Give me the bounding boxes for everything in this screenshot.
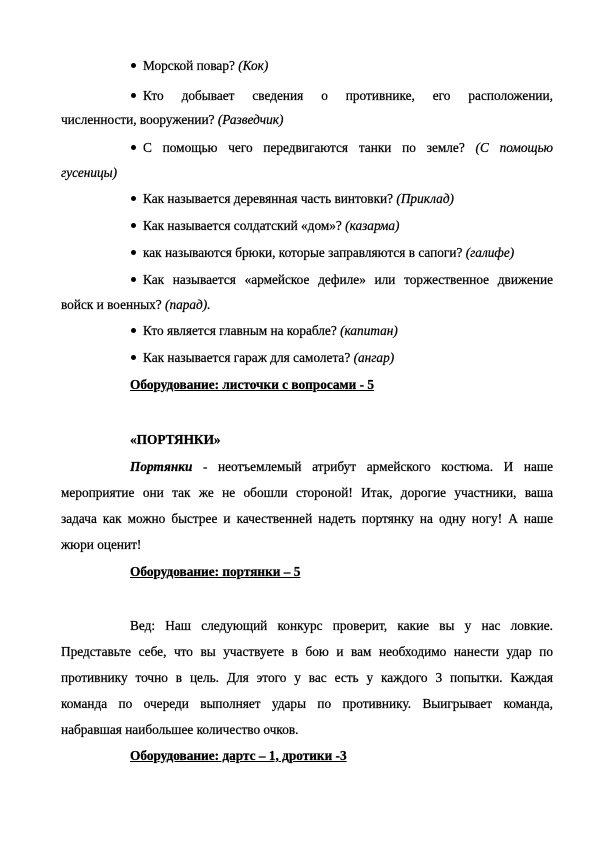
paragraph-line: команда по очереди выполняет удары по пр… [61, 696, 553, 712]
paragraph-line: Представьте себе, что вы участвуете в бо… [61, 644, 553, 660]
answer-text: (С помощью [476, 140, 553, 155]
question-text: Как называется солдатский «дом»? [143, 218, 342, 233]
answer-text: (Разведчик) [218, 112, 284, 127]
lead-word: Портянки [130, 459, 192, 474]
question-text: Кто является главным на корабле? [143, 323, 337, 338]
paragraph-line: набравшая наибольшее количество очков. [61, 722, 553, 738]
question-item: Морской повар? (Кок) [131, 58, 553, 74]
question-text: С помощью чего передвигаются танки по зе… [143, 140, 465, 155]
question-text: численности, вооружении? [61, 112, 215, 127]
answer-text: гусеницы) [61, 165, 117, 180]
question-text: Морской повар? [143, 58, 235, 73]
paragraph-line: жюри оценит! [61, 537, 553, 553]
equipment-line: Оборудование: дартс – 1, дротики -3 [130, 748, 347, 764]
question-text: как называются брюки, которые заправляют… [143, 245, 462, 260]
question-item: как называются брюки, которые заправляют… [131, 245, 553, 261]
bullet-icon [131, 145, 136, 150]
question-continuation: гусеницы) [61, 165, 553, 181]
question-continuation: численности, вооружении? (Разведчик) [61, 112, 553, 128]
question-item: Как называется гараж для самолета? (анга… [131, 350, 553, 366]
question-text: Кто добывает сведения о противнике, его … [143, 88, 553, 103]
question-item: Как называется солдатский «дом»? (казарм… [131, 218, 553, 234]
paragraph-line: задача как можно быстрее и качественней … [61, 511, 553, 527]
paragraph-line: противнику точно в цель. Для этого у вас… [61, 670, 553, 686]
question-text: войск и военных? [61, 297, 162, 312]
answer-text: (капитан) [340, 323, 398, 338]
answer-text: (ангар) [354, 350, 395, 365]
equipment-line: Оборудование: портянки – 5 [130, 564, 300, 580]
question-text: Как называется гараж для самолета? [143, 350, 350, 365]
bullet-icon [131, 250, 136, 255]
bullet-icon [131, 93, 136, 98]
answer-text: (Приклад) [396, 191, 454, 206]
question-item: Кто добывает сведения о противнике, его … [131, 88, 553, 104]
bullet-icon [131, 63, 136, 68]
answer-text: (парад). [165, 297, 211, 312]
question-continuation: войск и военных? (парад). [61, 297, 553, 313]
bullet-icon [131, 223, 136, 228]
question-item: Как называется деревянная часть винтовки… [131, 191, 553, 207]
paragraph-line: Вед: Наш следующий конкурс проверит, как… [130, 618, 553, 634]
equipment-line: Оборудование: листочки с вопросами - 5 [130, 377, 374, 393]
bullet-icon [131, 328, 136, 333]
question-item: Кто является главным на корабле? (капита… [131, 323, 553, 339]
bullet-icon [131, 196, 136, 201]
answer-text: (казарма) [345, 218, 399, 233]
question-text: Как называется «армейское дефиле» или то… [143, 272, 553, 287]
answer-text: (галифе) [466, 245, 514, 260]
section-title: «ПОРТЯНКИ» [130, 432, 221, 448]
answer-text: (Кок) [238, 58, 268, 73]
paragraph-text: - неотъемлемый атрибут армейского костюм… [192, 459, 553, 474]
paragraph-line: мероприятие они так же не обошли стороно… [61, 485, 553, 501]
bullet-icon [131, 277, 136, 282]
question-item: Как называется «армейское дефиле» или то… [131, 272, 553, 288]
bullet-icon [131, 355, 136, 360]
paragraph-line: Портянки - неотъемлемый атрибут армейско… [130, 459, 553, 475]
question-item: С помощью чего передвигаются танки по зе… [131, 140, 553, 156]
question-text: Как называется деревянная часть винтовки… [143, 191, 393, 206]
